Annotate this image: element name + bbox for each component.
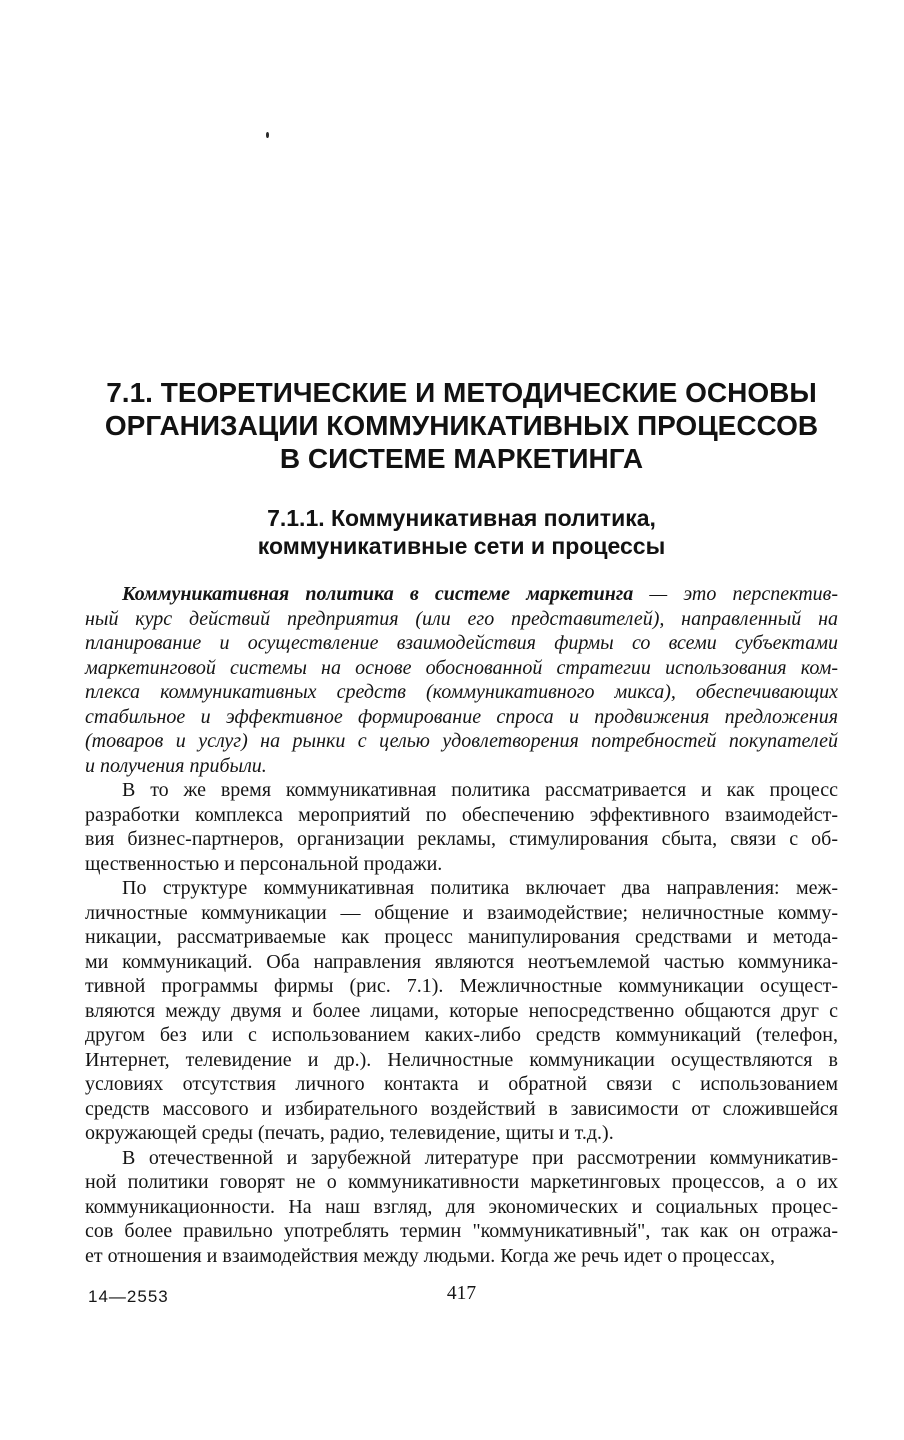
text-line: разработки комплекса мероприятий по обес… xyxy=(85,803,838,828)
text-line: вия бизнес-партнеров, организации реклам… xyxy=(85,827,838,852)
text-line: средств массового и избирательного возде… xyxy=(85,1097,838,1122)
paragraph: По структуре коммуникативная политика вк… xyxy=(85,876,838,1146)
section-heading-line: 7.1. ТЕОРЕТИЧЕСКИЕ И МЕТОДИЧЕСКИЕ ОСНОВЫ xyxy=(85,376,838,409)
scan-artifact-dot xyxy=(266,132,269,138)
book-page: 7.1. ТЕОРЕТИЧЕСКИЕ И МЕТОДИЧЕСКИЕ ОСНОВЫ… xyxy=(0,0,904,1440)
text-line: другом без или с использованием каких-ли… xyxy=(85,1023,838,1048)
text-line: коммуникационности. На наш взгляд, для э… xyxy=(85,1195,838,1220)
text-line: условиях отсутствия личного контакта и о… xyxy=(85,1072,838,1097)
text-line: и получения прибыли. xyxy=(85,754,838,779)
body-text: Коммуникативная политика в системе марке… xyxy=(85,582,838,1268)
paragraph-lead-term: Коммуникативная политика в системе марке… xyxy=(122,583,633,605)
text-line: Коммуникативная политика в системе марке… xyxy=(85,582,838,607)
text-line: маркетинговой системы на основе обоснова… xyxy=(85,656,838,681)
paragraph: Коммуникативная политика в системе марке… xyxy=(85,582,838,778)
text-line: (товаров и услуг) на рынки с целью удовл… xyxy=(85,729,838,754)
text-line: ми коммуникаций. Оба направления являютс… xyxy=(85,950,838,975)
text-line: Интернет, телевидение и др.). Неличностн… xyxy=(85,1048,838,1073)
text-line: личностные коммуникации — общение и взаи… xyxy=(85,901,838,926)
section-heading-line: В СИСТЕМЕ МАРКЕТИНГА xyxy=(85,442,838,475)
paragraph: В отечественной и зарубежной литературе … xyxy=(85,1146,838,1269)
text-line: щественностью и персональной продажи. xyxy=(85,852,838,877)
text-line: тивной программы фирмы (рис. 7.1). Межли… xyxy=(85,974,838,999)
text-line: никации, рассматриваемые как процесс ман… xyxy=(85,925,838,950)
text-line: плекса коммуникативных средств (коммуник… xyxy=(85,680,838,705)
text-line: ет отношения и взаимодействия между людь… xyxy=(85,1244,838,1269)
paragraph: В то же время коммуникативная политика р… xyxy=(85,778,838,876)
subsection-heading-line: 7.1.1. Коммуникативная политика, xyxy=(85,504,838,532)
subsection-heading-line: коммуникативные сети и процессы xyxy=(85,532,838,560)
text-line: В отечественной и зарубежной литературе … xyxy=(85,1146,838,1171)
text-line: вляются между двумя и более лицами, кото… xyxy=(85,999,838,1024)
text-line: В то же время коммуникативная политика р… xyxy=(85,778,838,803)
text-line: стабильное и эффективное формирование сп… xyxy=(85,705,838,730)
text-line: ной политики говорят не о коммуникативно… xyxy=(85,1170,838,1195)
text-line: окружающей среды (печать, радио, телевид… xyxy=(85,1121,838,1146)
section-heading: 7.1. ТЕОРЕТИЧЕСКИЕ И МЕТОДИЧЕСКИЕ ОСНОВЫ… xyxy=(85,376,838,475)
text-line: По структуре коммуникативная политика вк… xyxy=(85,876,838,901)
text-line: планирование и осуществление взаимодейст… xyxy=(85,631,838,656)
text-line: сов более правильно употреблять термин "… xyxy=(85,1219,838,1244)
text-line: ный курс действий предприятия (или его п… xyxy=(85,607,838,632)
subsection-heading: 7.1.1. Коммуникативная политика, коммуни… xyxy=(85,504,838,560)
page-number: 417 xyxy=(85,1283,838,1305)
section-heading-line: ОРГАНИЗАЦИИ КОММУНИКАТИВНЫХ ПРОЦЕССОВ xyxy=(85,409,838,442)
